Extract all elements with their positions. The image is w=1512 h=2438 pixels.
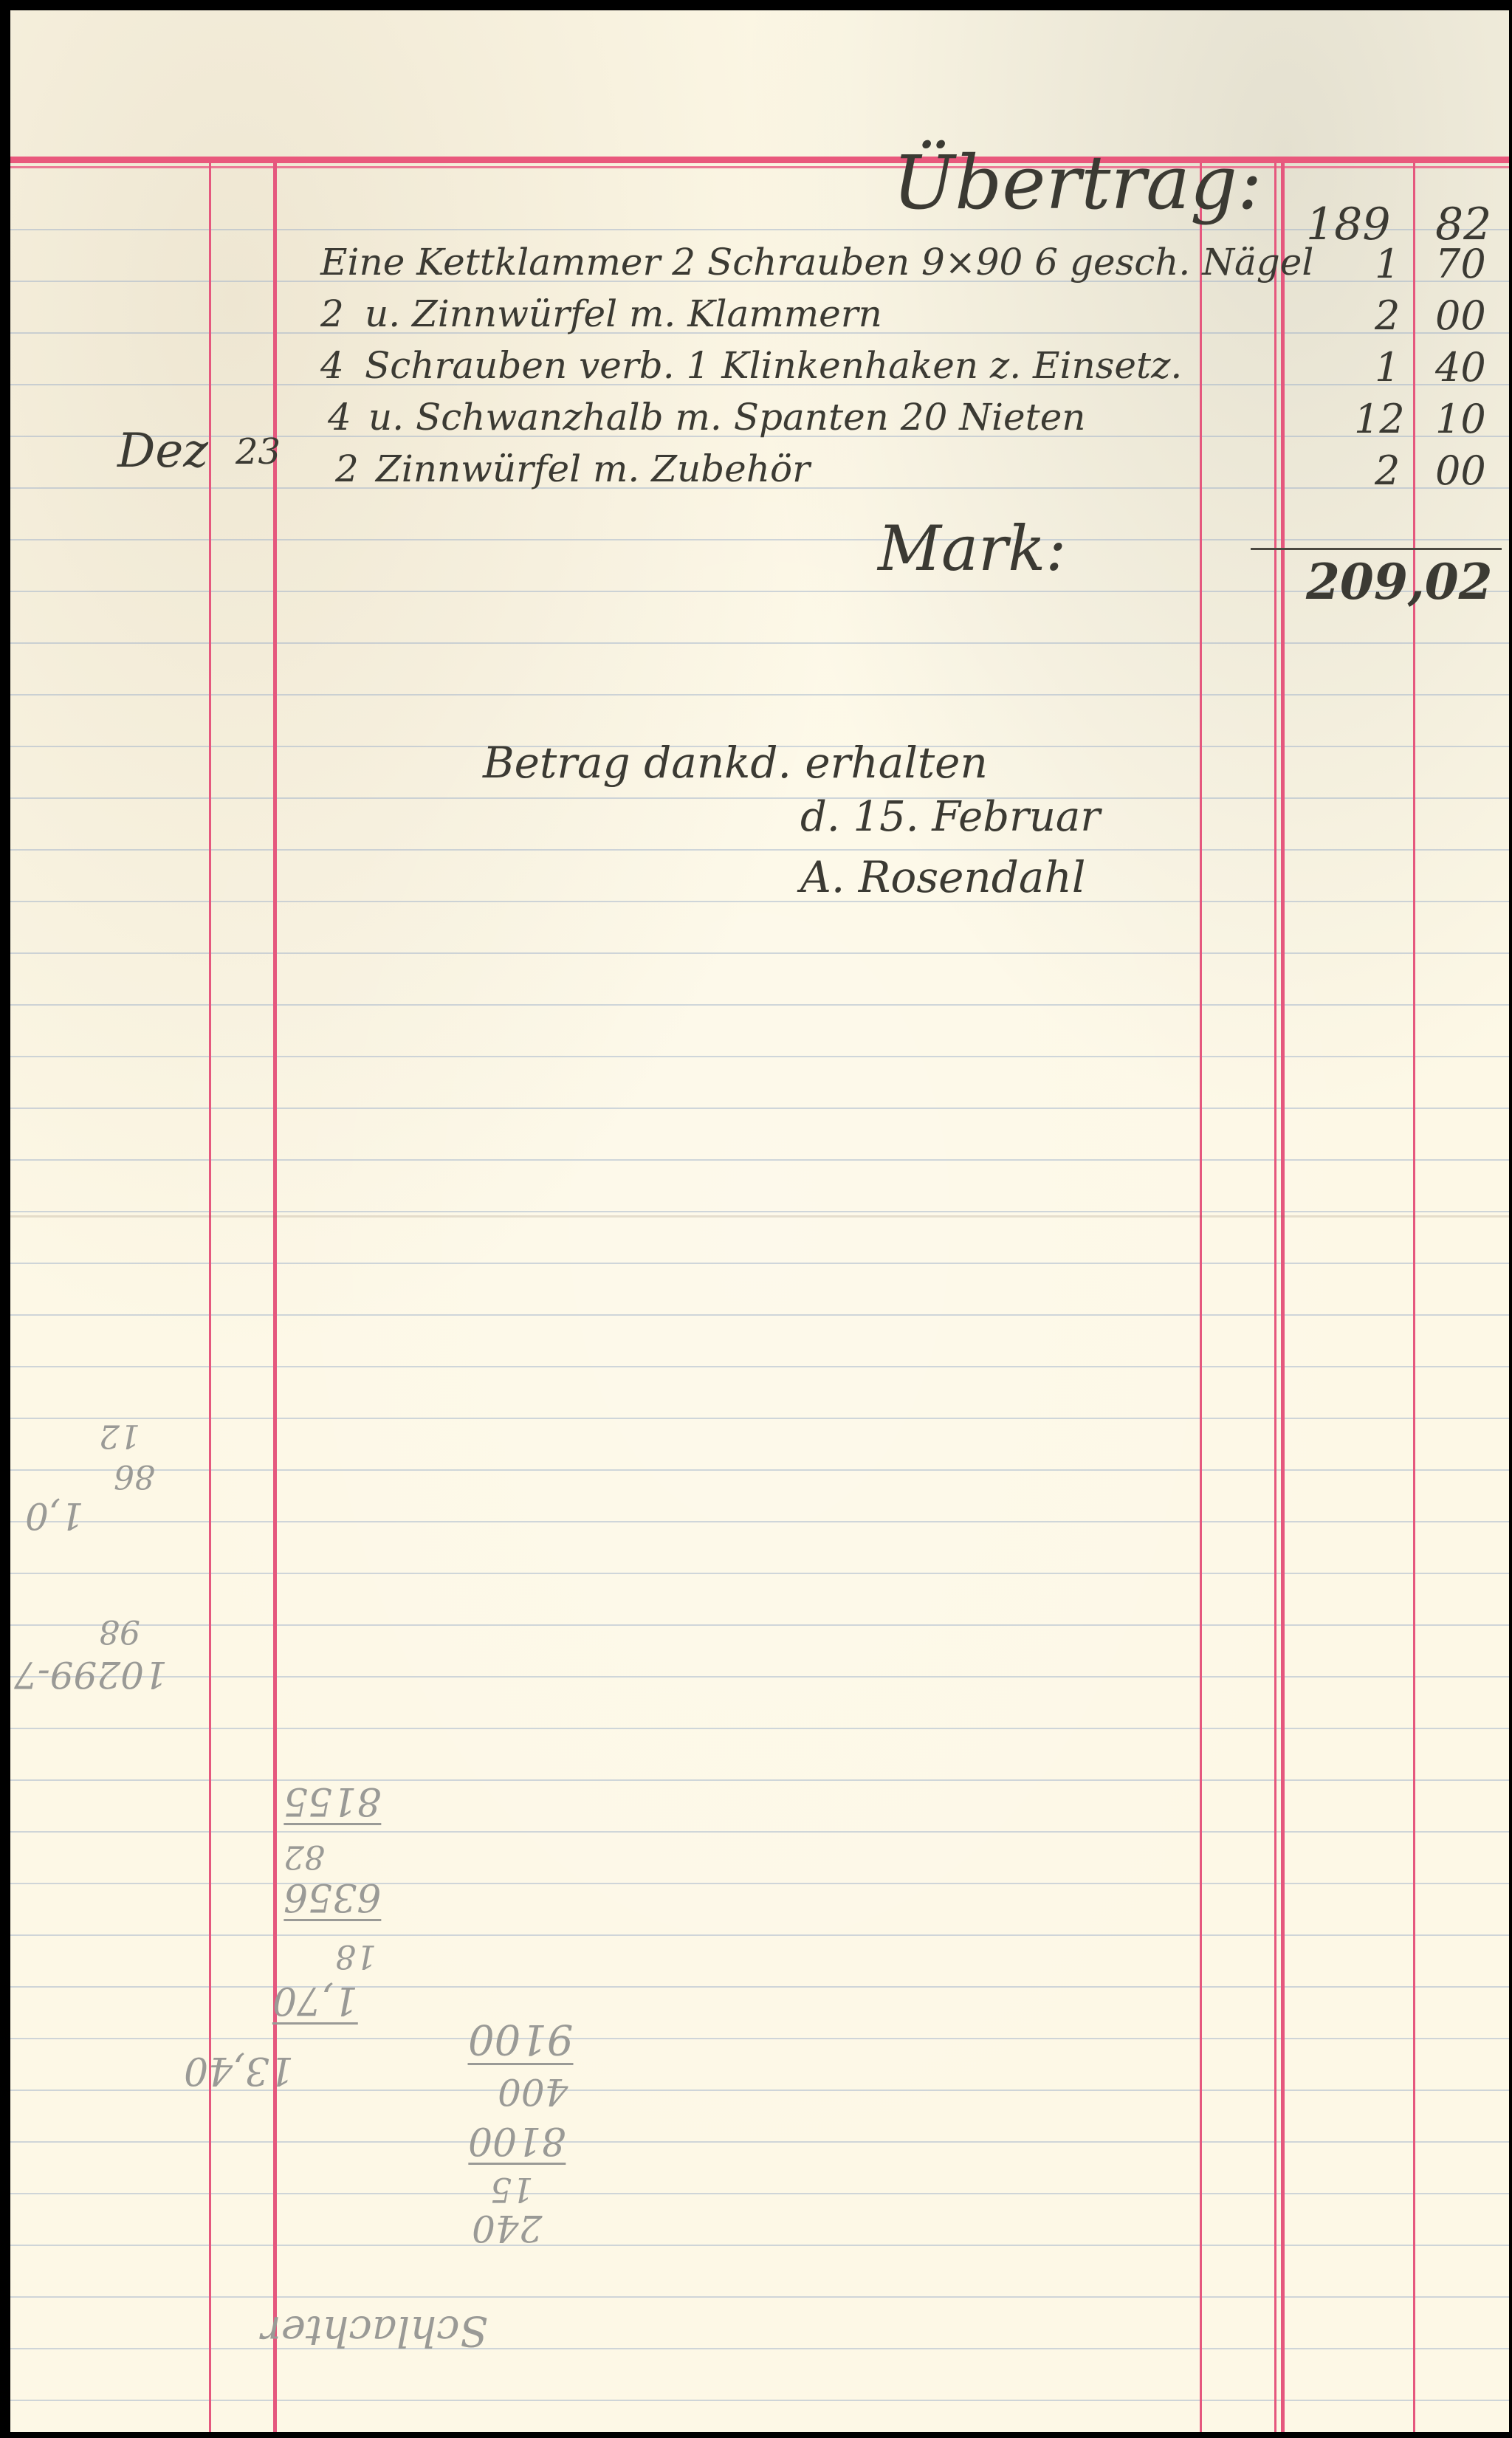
line-item-qty: 4: [328, 396, 351, 439]
total-underline: [1251, 548, 1502, 550]
column-line-pfennig: [1413, 162, 1415, 2432]
line-item-mark: 2: [1375, 447, 1400, 494]
pencil-note: 6356: [283, 1875, 381, 1921]
pencil-note: 12: [99, 1417, 140, 1455]
pencil-note: 86: [114, 1457, 155, 1495]
pencil-note: 10299-7: [14, 1653, 168, 1696]
total-value: 209,02: [1306, 553, 1493, 611]
pencil-note: 8100: [468, 2118, 566, 2165]
line-item-qty: 4: [320, 344, 344, 387]
column-line-mark-start: [1274, 162, 1276, 2432]
carry-over-label: Übertrag:: [893, 140, 1262, 226]
line-item-pfennig: 00: [1435, 292, 1486, 339]
line-item-pfennig: 70: [1435, 241, 1486, 287]
pencil-note: 240: [472, 2207, 542, 2250]
line-item-description: u. Schwanzhalb m. Spanten 20 Nieten: [368, 396, 1085, 439]
pencil-note: 13,40: [184, 2048, 294, 2092]
line-item-mark: 1: [1375, 241, 1400, 287]
pencil-note: 15: [490, 2170, 534, 2210]
pencil-note: 82: [283, 1838, 325, 1875]
receipt-note-date: d. 15. Februar: [800, 793, 1100, 841]
line-item-mark: 2: [1375, 292, 1400, 339]
column-line-mark-start-double: [1281, 162, 1285, 2432]
pencil-note: 18: [335, 1937, 377, 1975]
line-item-qty: 2: [320, 292, 344, 335]
date-day: 23: [236, 431, 281, 473]
line-item-description: Schrauben verb. 1 Klinkenhaken z. Einset…: [365, 344, 1182, 387]
date-month: Dez: [117, 424, 208, 478]
pencil-note: 8155: [283, 1779, 381, 1825]
ledger-page: Übertrag: 189 82 Dez 23 Eine Kettklammer…: [10, 10, 1509, 2432]
line-item-description: Eine Kettklammer 2 Schrauben 9×90 6 gesc…: [320, 241, 1313, 284]
line-item-pfennig: 40: [1435, 344, 1486, 391]
pencil-note: 1,70: [272, 1978, 358, 2025]
pencil-note: 98: [99, 1613, 140, 1650]
line-item-description: u. Zinnwürfel m. Klammern: [365, 292, 882, 335]
column-line-desc-end: [1200, 162, 1202, 2432]
receipt-note-line1: Betrag dankd. erhalten: [483, 738, 988, 788]
receipt-signature: A. Rosendahl: [800, 852, 1085, 902]
line-item-qty: 2: [335, 447, 359, 490]
line-item-mark: 1: [1375, 344, 1400, 391]
line-item-description: Zinnwürfel m. Zubehör: [376, 447, 810, 490]
pencil-bottom-word: Schlachter: [261, 2307, 488, 2355]
paper-fold: [10, 1215, 1509, 1218]
pencil-note: 9100: [468, 2015, 574, 2065]
line-item-mark: 12: [1354, 396, 1405, 442]
line-item-pfennig: 10: [1435, 396, 1486, 442]
total-label: Mark:: [878, 512, 1066, 585]
pencil-note: 400: [498, 2070, 568, 2113]
line-item-pfennig: 00: [1435, 447, 1486, 494]
pencil-note: 1,0: [25, 1494, 84, 1537]
